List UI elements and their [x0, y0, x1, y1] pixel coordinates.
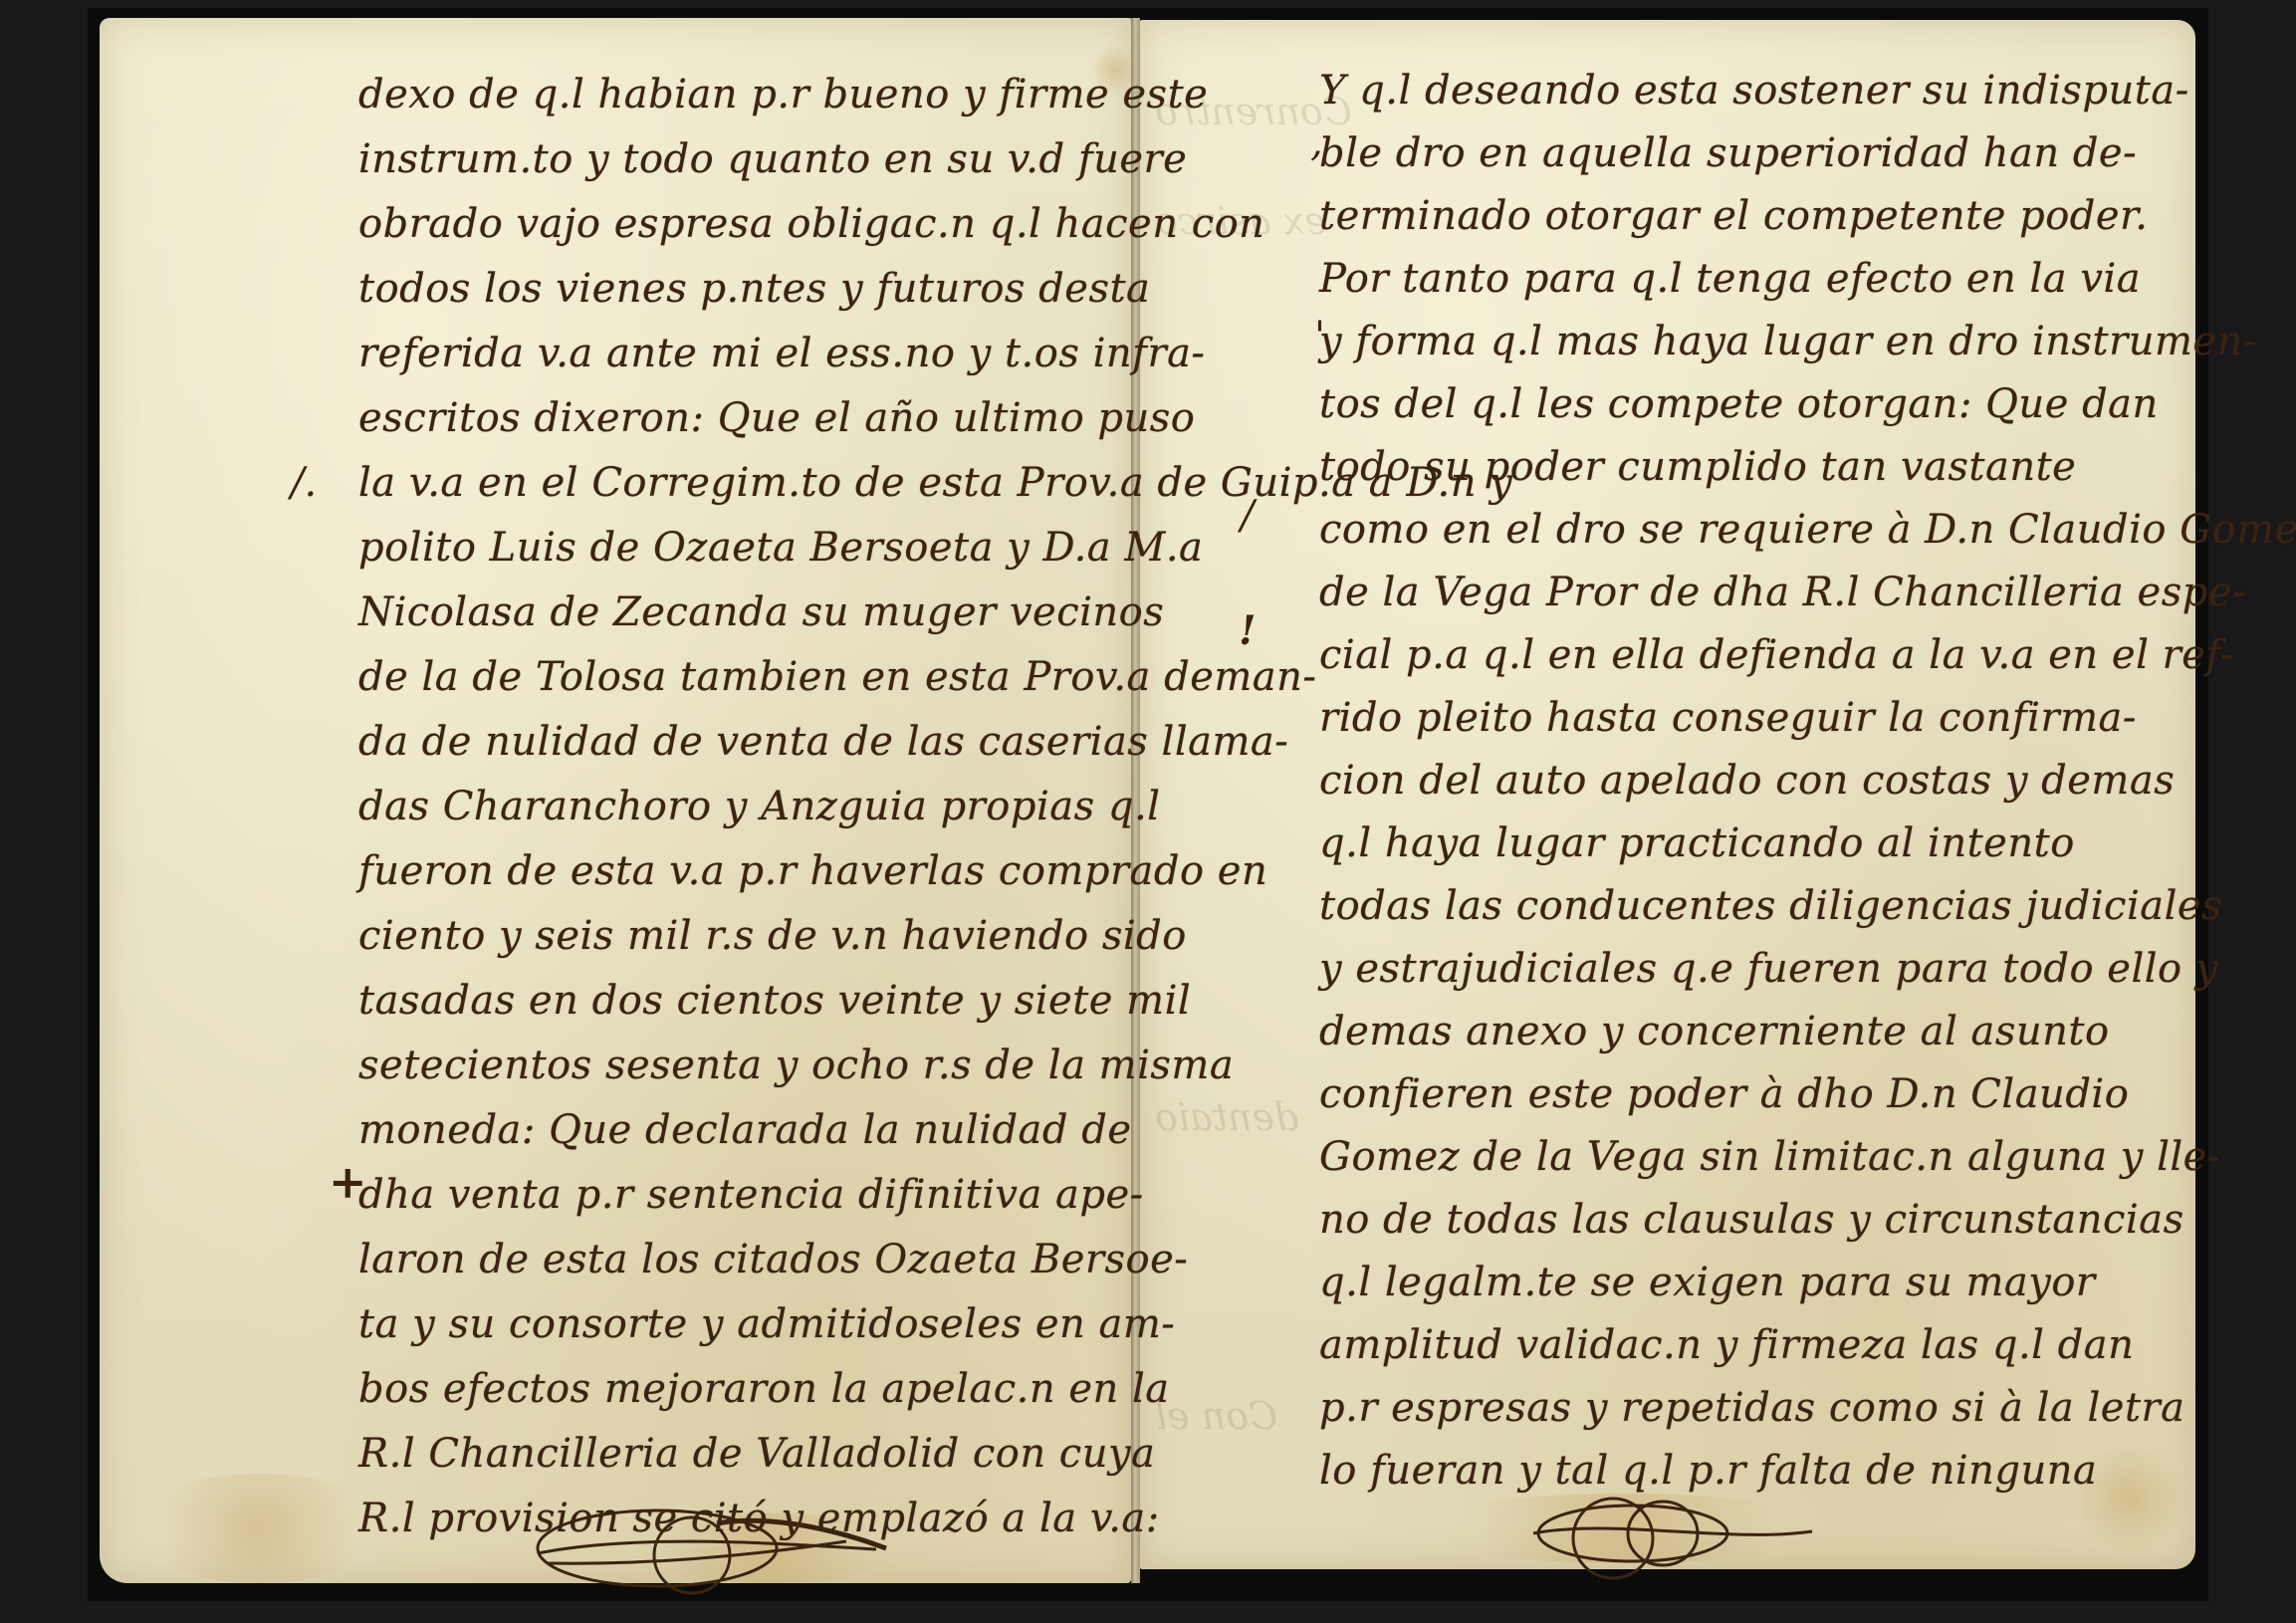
manuscript-line: todos los vienes p.ntes y futuros desta: [358, 266, 1150, 312]
manuscript-line: instrum.to y todo quanto en su v.d fuere: [358, 136, 1187, 182]
manuscript-line: polito Luis de Ozaeta Bersoeta y D.a M.a: [358, 525, 1203, 571]
margin-note: ,: [1310, 119, 1323, 165]
manuscript-line: todas las conducentes diligencias judici…: [1319, 883, 2222, 929]
manuscript-line: das Charanchoro y Anzguia propias q.l: [358, 784, 1160, 829]
manuscript-line: Por tanto para q.l tenga efecto en la vi…: [1319, 256, 2141, 302]
manuscript-line: q.l haya lugar practicando al intento: [1319, 820, 2075, 866]
manuscript-line: de la de Tolosa tambien en esta Prov.a d…: [358, 654, 1316, 700]
bleed-through-text: Con el: [1155, 1394, 1277, 1438]
manuscript-line: y forma q.l mas haya lugar en dro instru…: [1319, 319, 2257, 364]
margin-note: +: [329, 1155, 367, 1209]
margin-note: !: [1239, 607, 1257, 654]
manuscript-line: tasadas en dos cientos veinte y siete mi…: [358, 978, 1191, 1024]
manuscript-line: p.r espresas y repetidas como si à la le…: [1319, 1385, 2185, 1431]
margin-note: /: [1241, 493, 1254, 539]
manuscript-line: R.l Chancilleria de Valladolid con cuya: [358, 1431, 1155, 1477]
manuscript-line: cion del auto apelado con costas y demas: [1319, 758, 2175, 804]
manuscript-line: Y q.l deseando esta sostener su indisput…: [1319, 68, 2189, 114]
manuscript-line: obrado vajo espresa obligac.n q.l hacen …: [358, 201, 1264, 247]
manuscript-line: ble dro en aquella superioridad han de-: [1319, 130, 2137, 176]
manuscript-line: y estrajudiciales q.e fueren para todo e…: [1319, 946, 2218, 992]
manuscript-line: terminado otorgar el competente poder.: [1319, 193, 2149, 239]
manuscript-line: tos del q.l les compete otorgan: Que dan: [1319, 381, 2159, 427]
manuscript-line: todo su poder cumplido tan vastante: [1319, 444, 2076, 490]
manuscript-line: moneda: Que declarada la nulidad de: [358, 1107, 1132, 1153]
margin-note: /.: [291, 460, 317, 506]
manuscript-line: ciento y seis mil r.s de v.n haviendo si…: [358, 913, 1187, 959]
rubric-flourish-icon: [1513, 1484, 1832, 1583]
manuscript-line: bos efectos mejoraron la apelac.n en la: [358, 1366, 1170, 1412]
manuscript-line: fueron de esta v.a p.r haverlas comprado…: [358, 848, 1267, 894]
margin-note: ': [1314, 314, 1325, 359]
manuscript-line: Gomez de la Vega sin limitac.n alguna y …: [1319, 1134, 2221, 1180]
manuscript-line: setecientos sesenta y ocho r.s de la mis…: [358, 1043, 1234, 1088]
manuscript-line: como en el dro se requiere à D.n Claudio…: [1319, 507, 2296, 553]
manuscript-line: rido pleito hasta conseguir la confirma-: [1319, 695, 2137, 741]
manuscript-line: q.l legalm.te se exigen para su mayor: [1319, 1260, 2096, 1305]
manuscript-line: dexo de q.l habian p.r bueno y firme est…: [358, 72, 1208, 117]
manuscript-line: Nicolasa de Zecanda su muger vecinos: [358, 589, 1164, 635]
manuscript-line: ta y su consorte y admitidoseles en am-: [358, 1301, 1175, 1347]
manuscript-line: cial p.a q.l en ella defienda a la v.a e…: [1319, 632, 2233, 678]
manuscript-line: no de todas las clausulas y circunstanci…: [1319, 1197, 2184, 1243]
manuscript-line: confieren este poder à dho D.n Claudio: [1319, 1071, 2129, 1117]
manuscript-line: escritos dixeron: Que el año ultimo puso: [358, 395, 1195, 441]
manuscript-line: amplitud validac.n y firmeza las q.l dan: [1319, 1322, 2134, 1368]
manuscript-line: laron de esta los citados Ozaeta Bersoe-: [358, 1237, 1188, 1282]
rubric-flourish-icon: [518, 1494, 916, 1603]
manuscript-line: dha venta p.r sentencia difinitiva ape-: [358, 1172, 1144, 1218]
bleed-through-text: dentaio: [1155, 1095, 1298, 1139]
manuscript-line: de la Vega Pror de dha R.l Chancilleria …: [1319, 570, 2246, 615]
manuscript-line: demas anexo y concerniente al asunto: [1319, 1009, 2110, 1054]
stain: [129, 1474, 388, 1583]
manuscript-line: referida v.a ante mi el ess.no y t.os in…: [358, 331, 1205, 376]
manuscript-line: da de nulidad de venta de las caserias l…: [358, 719, 1288, 765]
